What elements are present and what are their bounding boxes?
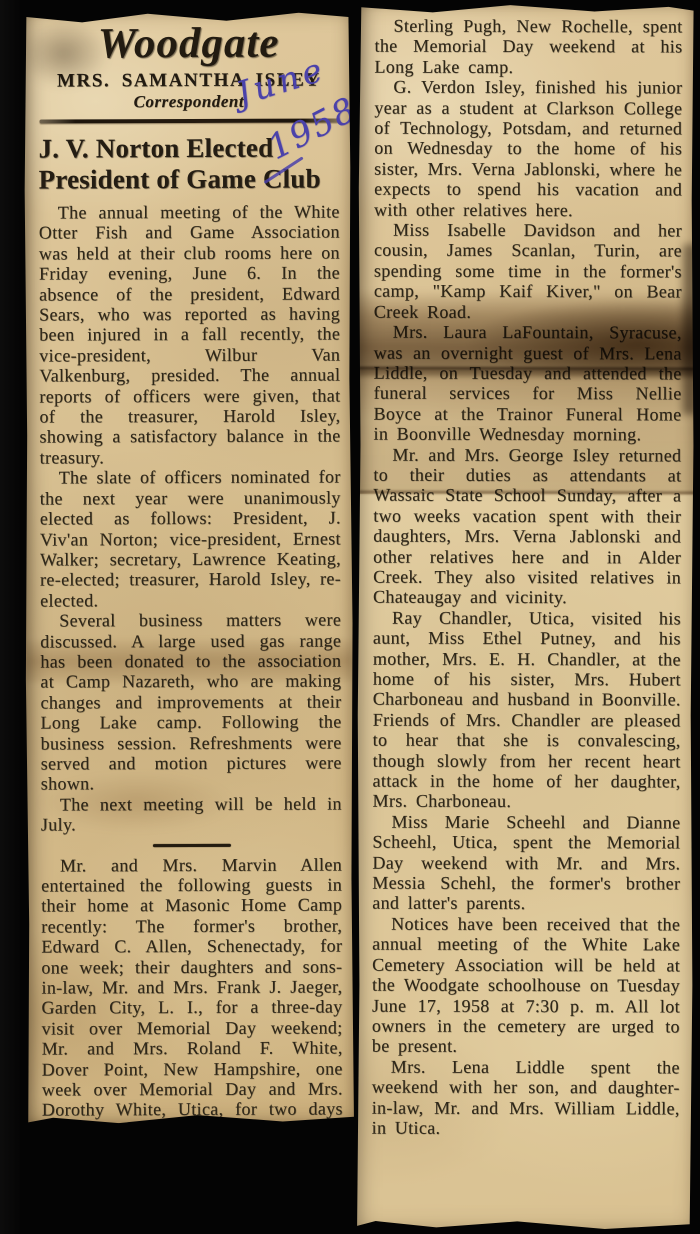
- right-clipping: Sterling Pugh, New Rochelle, spent the M…: [355, 4, 695, 1231]
- news-paragraph: The slate of officers nominated for the …: [40, 467, 341, 611]
- left-clipping: Woodgate MRS. SAMANTHA ISLEY Corresponde…: [23, 11, 355, 1124]
- news-paragraph: Miss Marie Scheehl and Dianne Scheehl, U…: [372, 811, 680, 914]
- news-paragraph: Miss Isabelle Davidson and her cousin, J…: [374, 220, 682, 323]
- news-paragraph: Ray Chandler, Utica, visited his aunt, M…: [372, 607, 681, 812]
- news-paragraph: Notices have been received that the annu…: [372, 913, 680, 1057]
- section-divider: [152, 843, 230, 846]
- news-paragraph: Mr. and Mrs. Marvin Allen entertained th…: [41, 854, 343, 1141]
- news-paragraph: The annual meeting of the White Otter Fi…: [39, 201, 341, 467]
- scan-background: Woodgate MRS. SAMANTHA ISLEY Corresponde…: [0, 0, 700, 1234]
- news-paragraph: Several business matters were discussed.…: [40, 610, 342, 795]
- news-paragraph: G. Verdon Isley, finished his junior yea…: [374, 77, 682, 221]
- right-clipping-content: Sterling Pugh, New Rochelle, spent the M…: [356, 4, 696, 1139]
- news-paragraph: Mrs. Laura LaFountain, Syracuse, was an …: [373, 322, 681, 445]
- left-clipping-content: Woodgate MRS. SAMANTHA ISLEY Corresponde…: [23, 11, 355, 1140]
- news-paragraph: Mrs. Lena Liddle spent the weekend with …: [372, 1056, 680, 1138]
- news-paragraph: Mr. and Mrs. George Isley returned to th…: [373, 444, 681, 608]
- news-paragraph: The next meeting will be held in July.: [41, 793, 342, 835]
- news-paragraph: Sterling Pugh, New Rochelle, spent the M…: [374, 16, 682, 78]
